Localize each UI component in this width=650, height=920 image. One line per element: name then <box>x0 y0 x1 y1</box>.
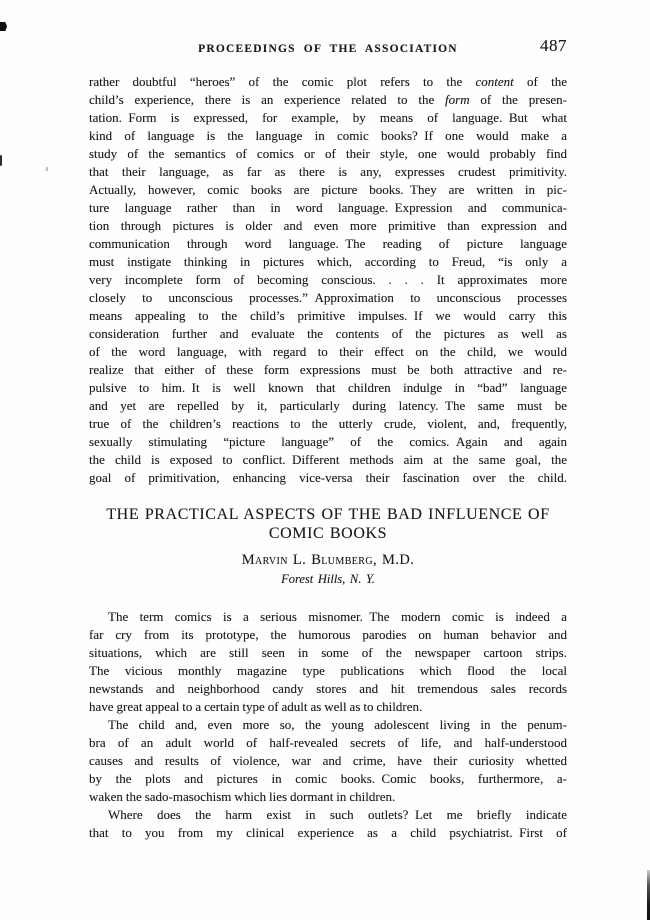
text-segment: that to you from my clinical experience … <box>89 825 567 840</box>
text-line: that to you from my clinical experience … <box>89 824 567 842</box>
text-line: of the word language, with regard to the… <box>89 343 567 361</box>
paragraph: The child and, even more so, the young a… <box>89 716 567 806</box>
text-line: Where does the harm exist in such outlet… <box>89 806 567 824</box>
text-segment: that their language, as far as there is … <box>89 164 567 179</box>
text-segment: rather doubtful “heroes” of the comic pl… <box>89 74 476 89</box>
page-number: 487 <box>540 37 567 55</box>
text-segment: Where does the harm exist in such outlet… <box>108 807 567 822</box>
text-segment: closely to unconscious processes.” Appro… <box>89 290 567 305</box>
text-segment: waken the sado-masochism which lies dorm… <box>89 789 395 804</box>
text-segment: consideration further and evaluate the c… <box>89 326 567 341</box>
text-segment: have great appeal to a certain type of a… <box>89 699 422 714</box>
text-segment: very incomplete form of becoming conscio… <box>89 272 567 287</box>
text-segment: sexually stimulating “picture language” … <box>89 434 567 449</box>
paragraph: rather doubtful “heroes” of the comic pl… <box>89 73 567 487</box>
scanned-page: PROCEEDINGS OF THE ASSOCIATION 487 rathe… <box>0 0 650 920</box>
text-line: means appealing to the child’s primitive… <box>89 307 567 325</box>
text-line: closely to unconscious processes.” Appro… <box>89 289 567 307</box>
text-line: waken the sado-masochism which lies dorm… <box>89 788 567 806</box>
text-segment: content <box>476 74 514 89</box>
text-line: must instigate thinking in pictures whic… <box>89 253 567 271</box>
text-line: child’s experience, there is an experien… <box>89 91 567 109</box>
author-affiliation: Forest Hills, N. Y. <box>89 572 567 587</box>
article-title-line-2: COMIC BOOKS <box>89 524 567 543</box>
running-title: PROCEEDINGS OF THE ASSOCIATION <box>89 40 567 58</box>
paragraph: The term comics is a serious misnomer. T… <box>89 608 567 716</box>
text-segment: study of the semantics of comics or of t… <box>89 146 567 161</box>
text-segment: goal of primitivation, enhancing vice-ve… <box>89 470 567 485</box>
article-title: THE PRACTICAL ASPECTS OF THE BAD INFLUEN… <box>89 505 567 543</box>
text-line: sexually stimulating “picture language” … <box>89 433 567 451</box>
text-line: situations, which are still seen in some… <box>89 644 567 662</box>
text-line: very incomplete form of becoming conscio… <box>89 271 567 289</box>
author-byline: Marvin L. Blumberg, M.D. <box>89 552 567 568</box>
text-line: have great appeal to a certain type of a… <box>89 698 567 716</box>
text-line: by the plots and pictures in comic books… <box>89 770 567 788</box>
article-title-line-1: THE PRACTICAL ASPECTS OF THE BAD INFLUEN… <box>89 505 567 524</box>
text-segment: The child and, even more so, the young a… <box>108 717 567 732</box>
text-line: tation. Form is expressed, for example, … <box>89 109 567 127</box>
text-segment: newstands and neighborhood candy stores … <box>89 681 567 696</box>
text-line: goal of primitivation, enhancing vice-ve… <box>89 469 567 487</box>
text-line: that their language, as far as there is … <box>89 163 567 181</box>
paragraph: Where does the harm exist in such outlet… <box>89 806 567 842</box>
text-line: newstands and neighborhood candy stores … <box>89 680 567 698</box>
text-segment: and yet are repelled by it, particularly… <box>89 398 567 413</box>
text-line: the child is exposed to conflict. Differ… <box>89 451 567 469</box>
text-segment: bra of an adult world of half-revealed s… <box>89 735 567 750</box>
text-segment: Actually, however, comic books are pictu… <box>89 182 567 197</box>
text-segment: ture language rather than in word langua… <box>89 200 567 215</box>
text-line: bra of an adult world of half-revealed s… <box>89 734 567 752</box>
text-segment: tation. Form is expressed, for example, … <box>89 110 567 125</box>
text-segment: of the word language, with regard to the… <box>89 344 567 359</box>
text-segment: must instigate thinking in pictures whic… <box>89 254 567 269</box>
text-segment: The term comics is a serious misnomer. T… <box>108 609 567 624</box>
text-line: causes and results of violence, war and … <box>89 752 567 770</box>
text-line: and yet are repelled by it, particularly… <box>89 397 567 415</box>
continuation-text: rather doubtful “heroes” of the comic pl… <box>89 73 567 487</box>
text-segment: situations, which are still seen in some… <box>89 645 567 660</box>
article-body: The term comics is a serious misnomer. T… <box>89 608 567 842</box>
text-line: The vicious monthly magazine type public… <box>89 662 567 680</box>
text-segment: communication through word language. The… <box>89 236 567 251</box>
text-segment: kind of language is the language in comi… <box>89 128 567 143</box>
text-segment: the child is exposed to conflict. Differ… <box>89 452 567 467</box>
text-segment: pulsive to him. It is well known that ch… <box>89 380 567 395</box>
text-line: The term comics is a serious misnomer. T… <box>89 608 567 626</box>
text-line: tion through pictures is older and even … <box>89 217 567 235</box>
text-line: Actually, however, comic books are pictu… <box>89 181 567 199</box>
text-segment: causes and results of violence, war and … <box>89 753 567 768</box>
text-line: The child and, even more so, the young a… <box>89 716 567 734</box>
text-segment: true of the children’s reactions to the … <box>89 416 567 431</box>
text-segment: child’s experience, there is an experien… <box>89 92 445 107</box>
text-segment: means appealing to the child’s primitive… <box>89 308 567 323</box>
scan-artifact-corner-mark <box>0 22 7 31</box>
text-line: far cry from its prototype, the humorous… <box>89 626 567 644</box>
text-segment: tion through pictures is older and even … <box>89 218 567 233</box>
scan-artifact-speck <box>46 167 49 171</box>
text-line: consideration further and evaluate the c… <box>89 325 567 343</box>
text-line: kind of language is the language in comi… <box>89 127 567 145</box>
text-line: pulsive to him. It is well known that ch… <box>89 379 567 397</box>
text-line: true of the children’s reactions to the … <box>89 415 567 433</box>
text-line: ture language rather than in word langua… <box>89 199 567 217</box>
text-segment: by the plots and pictures in comic books… <box>89 771 567 786</box>
text-segment: of the presen- <box>470 92 567 107</box>
text-line: communication through word language. The… <box>89 235 567 253</box>
text-segment: form <box>445 92 470 107</box>
scan-artifact-edge-tick <box>0 155 2 166</box>
running-head: PROCEEDINGS OF THE ASSOCIATION 487 <box>89 40 567 60</box>
text-line: rather doubtful “heroes” of the comic pl… <box>89 73 567 91</box>
text-segment: The vicious monthly magazine type public… <box>89 663 567 678</box>
text-segment: realize that either of these form expres… <box>89 362 567 377</box>
text-line: study of the semantics of comics or of t… <box>89 145 567 163</box>
text-segment: of the <box>514 74 567 89</box>
text-line: realize that either of these form expres… <box>89 361 567 379</box>
text-segment: far cry from its prototype, the humorous… <box>89 627 567 642</box>
